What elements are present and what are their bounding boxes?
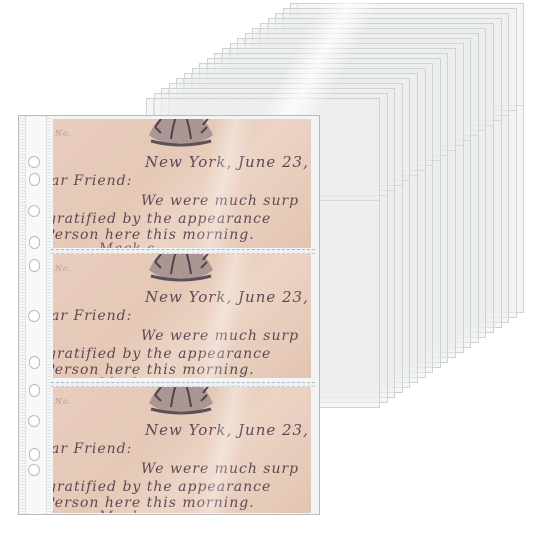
punch-hole-icon <box>29 173 40 186</box>
letter-line-1: We were much surp <box>141 328 299 344</box>
page-number: No. <box>55 264 72 273</box>
engraved-crest-icon <box>141 387 221 415</box>
letter-greeting: ar Friend: <box>53 441 132 457</box>
punch-hole-icon <box>29 259 40 272</box>
letter-greeting: ar Friend: <box>53 308 132 324</box>
letter-greeting: ar Friend: <box>53 173 132 189</box>
letter-date-line: New York, June 23, <box>145 153 309 171</box>
photo-pocket-3: No. New York, June 23, ar Friend: We wer… <box>53 387 311 513</box>
letter-line-4: ti ...... Mack s ... <box>53 376 177 378</box>
punch-hole-icon <box>29 448 40 461</box>
letter-line-4: ti ...... Mack s ... <box>53 241 177 248</box>
punch-hole-icon <box>29 356 40 369</box>
punch-hole-icon <box>28 205 40 217</box>
punch-hole-icon <box>28 464 40 476</box>
punch-hole-icon <box>28 310 40 322</box>
letter-line-1: We were much surp <box>141 193 299 209</box>
punch-hole-icon <box>28 415 40 427</box>
front-sleeve-sheet: No. New York, June 23, ar Friend: We wer… <box>18 115 320 515</box>
letter-line-1: We were much surp <box>141 461 299 477</box>
engraved-crest-icon <box>141 119 221 147</box>
letter-date-line: New York, June 23, <box>145 421 309 439</box>
letter-line-2: gratified by the appearance <box>53 346 271 362</box>
photo-pocket-1: No. New York, June 23, ar Friend: We wer… <box>53 119 311 248</box>
punch-hole-icon <box>29 384 40 397</box>
page-number: No. <box>55 129 72 138</box>
punch-hole-icon <box>28 156 40 168</box>
letter-line-2: gratified by the appearance <box>53 211 271 227</box>
page-number: No. <box>55 397 72 406</box>
letter-date-line: New York, June 23, <box>145 288 309 306</box>
letter-line-2: gratified by the appearance <box>53 479 271 495</box>
letter-line-4: ti ...... Mack s ... <box>53 509 177 513</box>
engraved-crest-icon <box>141 254 221 282</box>
punch-hole-icon <box>29 236 40 249</box>
photo-pocket-2: No. New York, June 23, ar Friend: We wer… <box>53 254 311 378</box>
